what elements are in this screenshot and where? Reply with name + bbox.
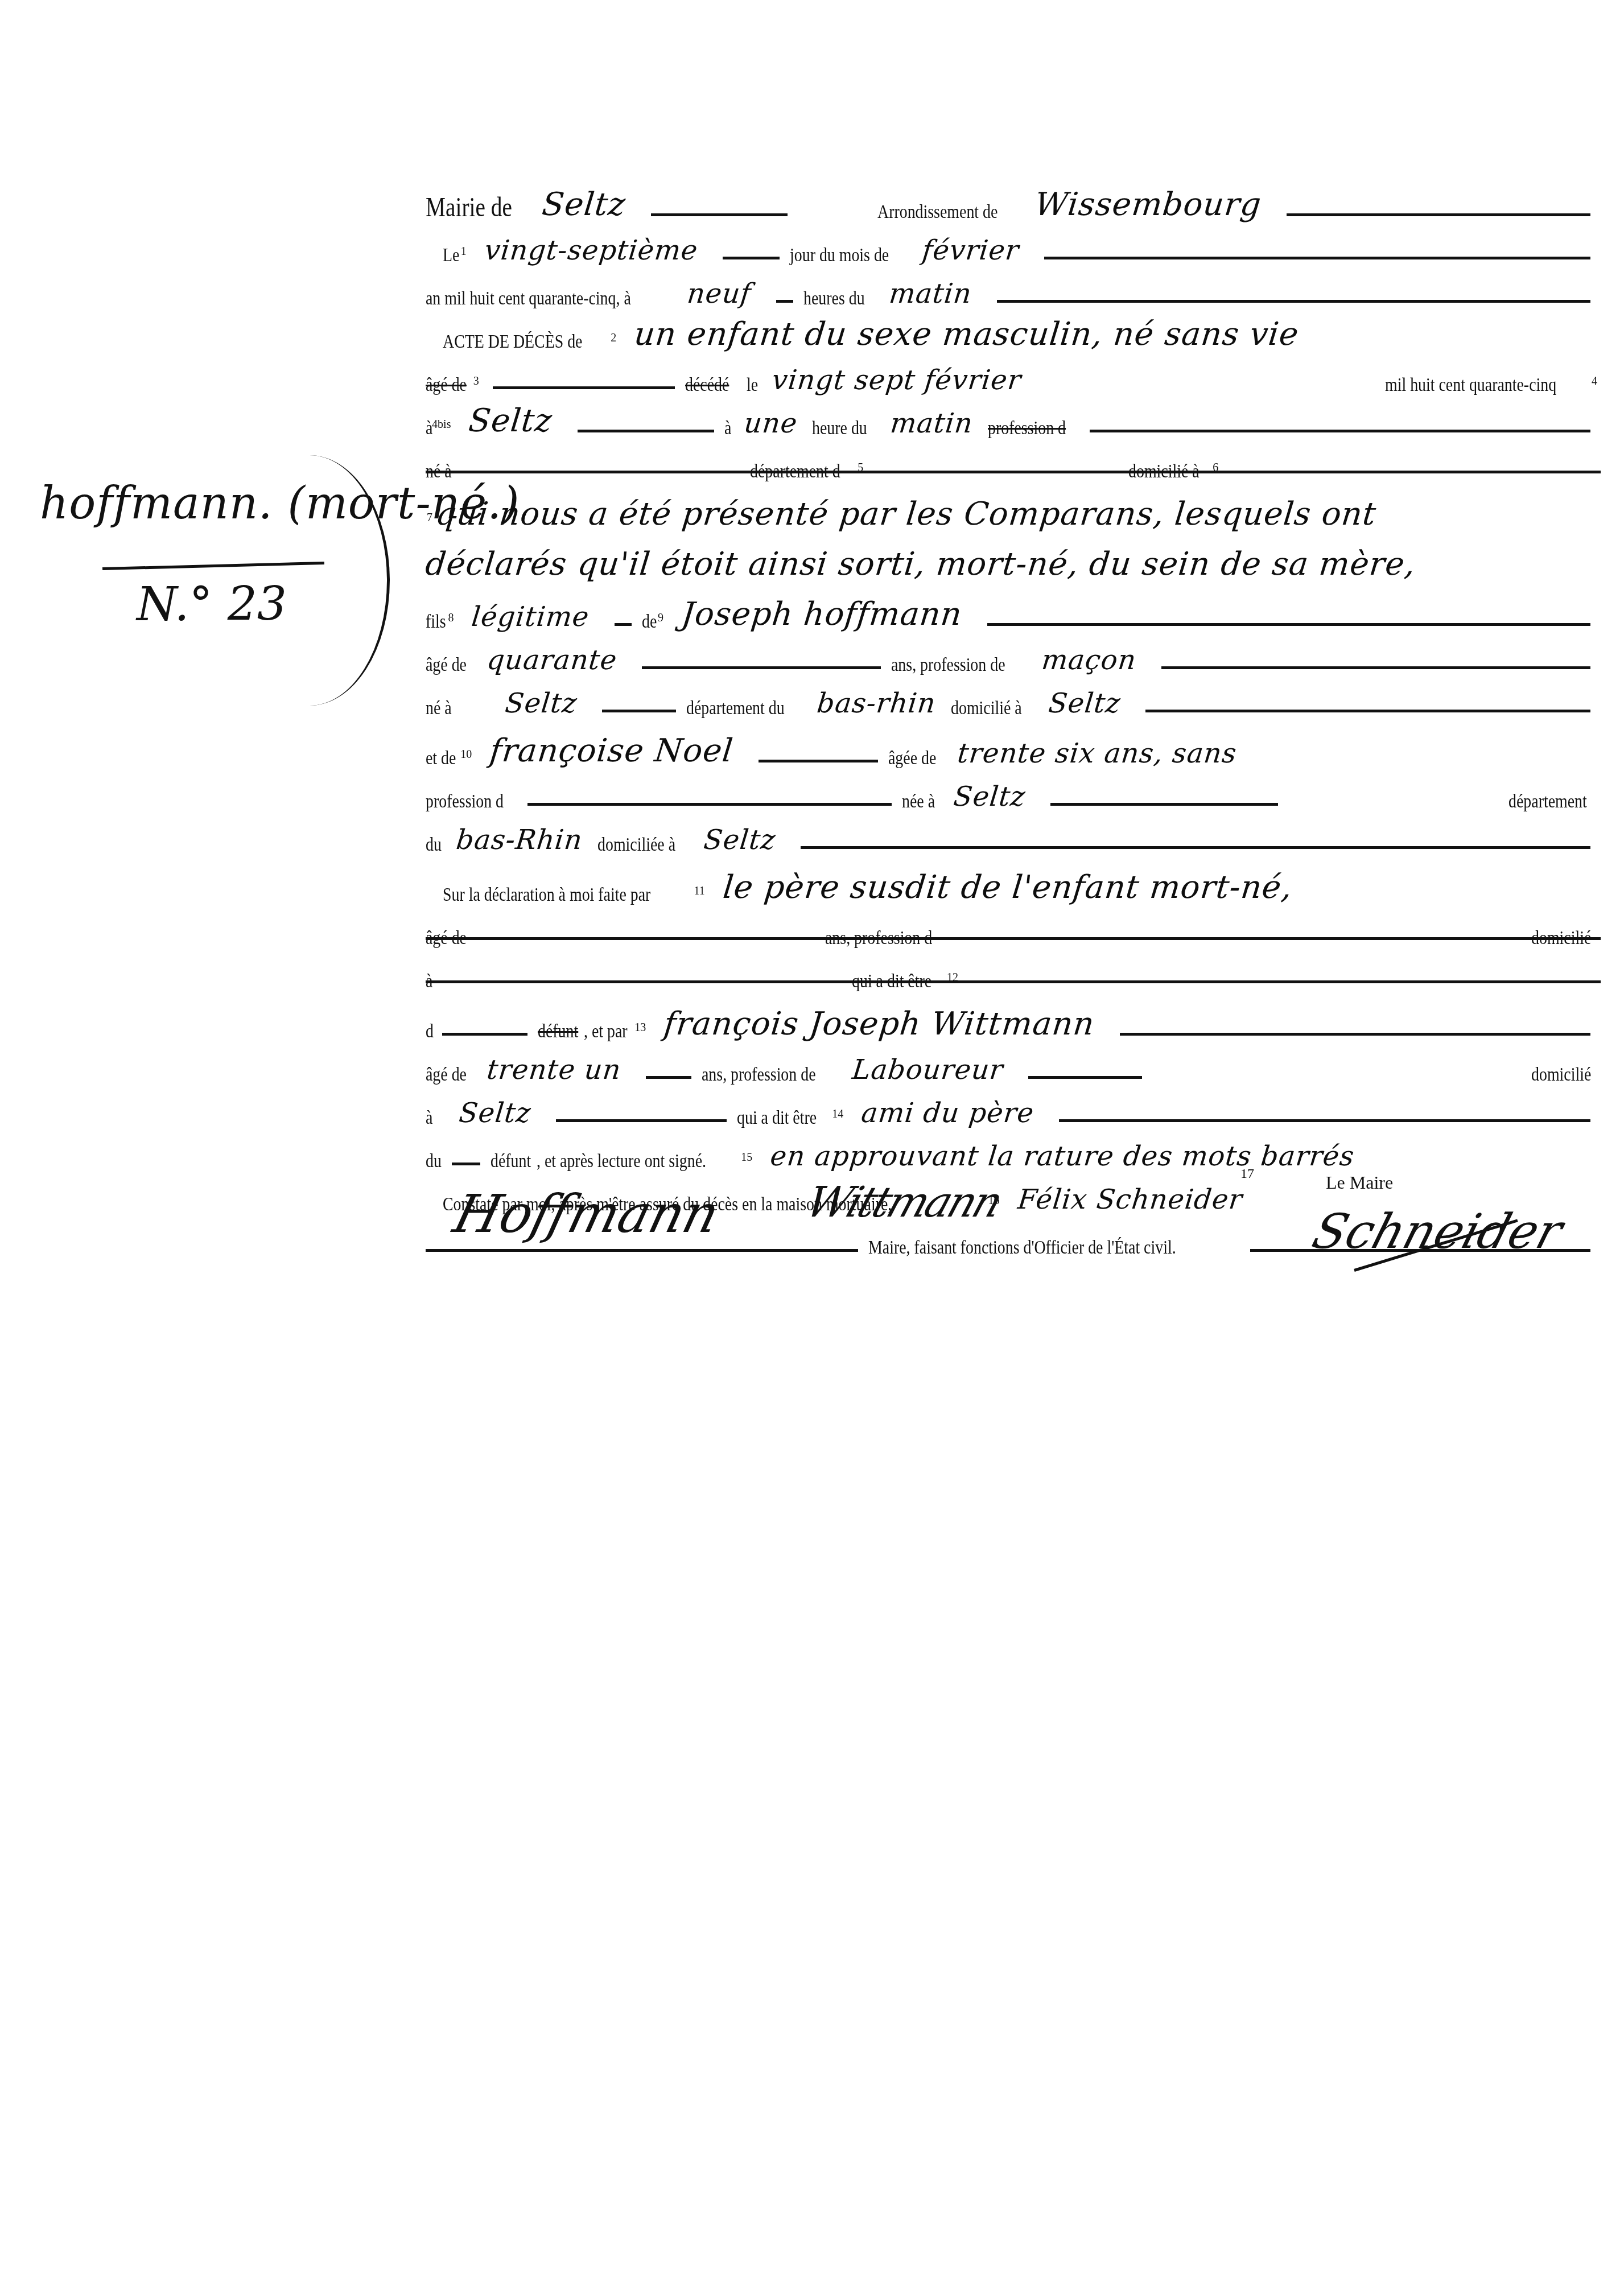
mother-age-label: âgée de <box>888 748 936 769</box>
father-profession: maçon <box>1040 644 1138 676</box>
struck-ans-label: ans, profession d <box>825 928 932 949</box>
line-struck-relation: à qui a dit être 12 <box>426 957 1601 992</box>
footnote-11: 11 <box>694 885 705 898</box>
footnote-5: 5 <box>858 461 863 475</box>
declaration-label: Sur la déclaration à moi faite par <box>443 884 650 906</box>
struck-line <box>442 1033 527 1036</box>
mother-age-value: trente six ans, sans <box>956 737 1238 769</box>
mayor-label: Le Maire <box>1326 1172 1393 1193</box>
statement-text-1: qui nous a été présenté par les Comparan… <box>434 496 1378 533</box>
line-declarant-2-place: à Seltz qui a dit être 14 ami du père <box>426 1094 1601 1129</box>
heure-du-label: heure du <box>812 418 867 439</box>
blank-line <box>1044 257 1590 259</box>
blank-line <box>1120 1033 1590 1036</box>
blank-line <box>1059 1119 1590 1122</box>
mother-domicile-label: domiciliée à <box>597 834 675 856</box>
blank-line <box>578 430 714 432</box>
line-declarant-2-age: âgé de trente un ans, profession de Labo… <box>426 1050 1601 1086</box>
strike-through-line <box>426 937 1601 940</box>
day-value: vingt-septième <box>483 234 699 266</box>
period-value: matin <box>888 278 974 310</box>
blank-line <box>642 666 881 669</box>
line-year: an mil huit cent quarante-cinq, à neuf h… <box>426 274 1601 310</box>
struck-line <box>493 386 675 389</box>
footnote-9: 9 <box>658 612 663 625</box>
blank-line <box>801 846 1590 849</box>
declarant-2-profession: Laboureur <box>851 1054 1005 1086</box>
a-label-2: à <box>724 418 731 439</box>
death-record-form: Mairie de Seltz Arrondissement de Wissem… <box>426 188 1601 1267</box>
blank-line <box>997 300 1590 303</box>
et-par-label: , et par <box>584 1021 628 1042</box>
ne-a-label: né à <box>426 461 452 483</box>
father-dept-label: département du <box>686 698 785 719</box>
jour-label: jour du mois de <box>790 245 889 266</box>
line-struck-age: âgé de ans, profession d domicilié <box>426 914 1601 949</box>
footnote-4bis: 4bis <box>432 418 451 431</box>
blank-line <box>759 760 878 762</box>
defunt-label-struck: défunt <box>538 1021 578 1042</box>
blank-line <box>1145 710 1590 712</box>
footnote-12: 12 <box>947 971 958 984</box>
father-ans-label: ans, profession de <box>891 654 1005 676</box>
line-declarant-2: d défunt , et par 13 françois Joseph Wit… <box>426 1000 1601 1042</box>
line-mother-dept: du bas-Rhin domiciliée à Seltz <box>426 821 1601 856</box>
margin-annotation: hoffmann. (mort-né.) N.° 23 <box>40 455 410 649</box>
declarant-2-age-value: trente un <box>485 1054 623 1086</box>
declarant-2-domicile-label: domicilié <box>1531 1064 1591 1086</box>
mairie-label: Mairie de <box>426 192 512 223</box>
month-value: février <box>921 234 1021 266</box>
blank-line <box>556 1119 727 1122</box>
death-date-value: vingt sept février <box>770 364 1023 396</box>
blank-line <box>646 1076 691 1079</box>
line-mother-birth: profession d née à Seltz département <box>426 777 1601 813</box>
le-label-2: le <box>747 374 758 396</box>
fils-label: fils <box>426 611 446 633</box>
signature-wittmann: Wittmann <box>800 1178 1007 1227</box>
strike-through-line <box>426 471 1601 473</box>
declarant-2-relation: ami du père <box>860 1097 1036 1129</box>
profession-label-struck: profession d <box>988 418 1066 439</box>
struck-age-label: âgé de <box>426 928 467 949</box>
departement-label: département d <box>750 461 840 483</box>
arrondissement-label: Arrondissement de <box>877 201 998 223</box>
heures-label: heures du <box>803 288 865 310</box>
struck-qui-label: qui a dit être <box>852 971 931 992</box>
death-hour-value: une <box>743 407 799 439</box>
struck-domicilie-label: domicilié <box>1531 928 1591 949</box>
line-father-birth: né à Seltz département du bas-rhin domic… <box>426 684 1601 719</box>
footnote-6: 6 <box>1213 461 1218 475</box>
blank-line <box>602 710 676 712</box>
declarant-2-place: Seltz <box>457 1097 533 1129</box>
line-father: fils 8 légitime de 9 Joseph hoffmann <box>426 591 1601 633</box>
blank-line <box>776 300 793 303</box>
line-mairie: Mairie de Seltz Arrondissement de Wissem… <box>426 188 1601 223</box>
declarant-2-ans-label: ans, profession de <box>702 1064 816 1086</box>
struck-a-label: à <box>426 971 432 992</box>
blank-line <box>1287 213 1590 216</box>
blank-line <box>615 623 632 626</box>
du-label: du <box>426 1151 442 1172</box>
blank-line <box>1050 803 1278 806</box>
strike-through-line <box>426 980 1601 983</box>
line-date: Le 1 vingt-septième jour du mois de févr… <box>426 231 1601 266</box>
father-born-label: né à <box>426 698 452 719</box>
mother-dept-label: département <box>1508 791 1587 813</box>
mother-name: françoise Noel <box>488 732 735 769</box>
blank-line <box>1028 1076 1142 1079</box>
declarant-2-qui-label: qui a dit être <box>737 1107 817 1129</box>
mother-dept-prefix: du <box>426 834 442 856</box>
footnote-14: 14 <box>832 1108 843 1121</box>
de-label: de <box>642 611 657 633</box>
line-acte: ACTE DE DÉCÈS de 2 un enfant du sexe mas… <box>426 318 1601 353</box>
le-label: Le <box>443 245 459 266</box>
footnote-3: 3 <box>473 375 479 388</box>
father-domicile-label: domicilié à <box>951 698 1022 719</box>
blank-line <box>1161 666 1590 669</box>
father-domicile-value: Seltz <box>1047 687 1122 719</box>
signature-mayor: Schneider <box>1306 1203 1569 1259</box>
declarant-2-a-label: à <box>426 1107 432 1129</box>
death-period-value: matin <box>889 407 975 439</box>
acte-value: un enfant du sexe masculin, né sans vie <box>633 316 1301 353</box>
line-struck-birth: né à département d 5 domicilié à 6 <box>426 447 1601 483</box>
footnote-7: 7 <box>427 512 432 525</box>
mother-born-value: Seltz <box>952 781 1027 813</box>
hour-value: neuf <box>686 278 753 310</box>
father-age-value: quarante <box>485 644 619 676</box>
footnote-8: 8 <box>448 612 454 625</box>
mother-born-label: née à <box>902 791 935 813</box>
mother-profession-label: profession d <box>426 791 504 813</box>
struck-line <box>1090 430 1590 432</box>
age-label-struck: âgé de <box>426 374 467 396</box>
line-statement-1: 7 qui nous a été présenté par les Compar… <box>426 490 1601 533</box>
year-label: an mil huit cent quarante-cinq, à <box>426 288 631 310</box>
father-name: Joseph hoffmann <box>680 596 964 633</box>
footnote-2: 2 <box>611 332 616 345</box>
line-mother: et de 10 françoise Noel âgée de trente s… <box>426 727 1601 769</box>
death-year-label: mil huit cent quarante-cinq <box>1385 374 1556 396</box>
declarant-1-value: le père susdit de l'enfant mort-né, <box>721 869 1294 906</box>
signature-hoffmann: Hoffmann <box>448 1184 726 1244</box>
struck-line <box>527 803 892 806</box>
line-statement-2: déclarés qu'il étoit ainsi sorti, mort-n… <box>426 541 1601 583</box>
blank-line <box>987 623 1590 626</box>
footnote-1: 1 <box>461 245 467 258</box>
death-certificate-page: hoffmann. (mort-né.) N.° 23 Mairie de Se… <box>0 0 1624 2296</box>
father-dept-value: bas-rhin <box>815 687 937 719</box>
line-death-date: âgé de 3 décédé le vingt sept février mi… <box>426 361 1601 396</box>
arrondissement-value: Wissembourg <box>1033 186 1263 223</box>
et-de-label: et de <box>426 748 456 769</box>
decede-label-struck: décédé <box>685 374 729 396</box>
father-born-value: Seltz <box>504 687 579 719</box>
line-father-age: âgé de quarante ans, profession de maçon <box>426 641 1601 676</box>
acte-label: ACTE DE DÉCÈS de <box>443 331 582 353</box>
signatures-area: Hoffmann Wittmann 17 Le Maire Schneider <box>450 1149 1616 1320</box>
father-age-label: âgé de <box>426 654 467 676</box>
blank-line <box>651 213 788 216</box>
footnote-10: 10 <box>460 748 472 761</box>
line-death-place: à 4bis Seltz à une heure du matin profes… <box>426 404 1601 439</box>
struck-d-label: d <box>426 1021 434 1042</box>
mother-domicile-value: Seltz <box>702 824 777 856</box>
line-declaration: Sur la déclaration à moi faite par 11 le… <box>426 864 1601 906</box>
footnote-13: 13 <box>634 1021 646 1034</box>
mairie-value: Seltz <box>541 186 628 223</box>
mother-dept-value: bas-Rhin <box>455 824 584 856</box>
death-place-value: Seltz <box>467 402 554 439</box>
footnote-4: 4 <box>1592 375 1597 388</box>
declarant-2-age-label: âgé de <box>426 1064 467 1086</box>
declarant-2-name: françois Joseph Wittmann <box>662 1005 1097 1042</box>
statement-text-2: déclarés qu'il étoit ainsi sorti, mort-n… <box>424 546 1417 583</box>
domicilie-label: domicilié à <box>1128 461 1200 483</box>
blank-line <box>723 257 780 259</box>
footnote-17: 17 <box>1240 1166 1254 1182</box>
fils-value: légitime <box>471 601 591 633</box>
